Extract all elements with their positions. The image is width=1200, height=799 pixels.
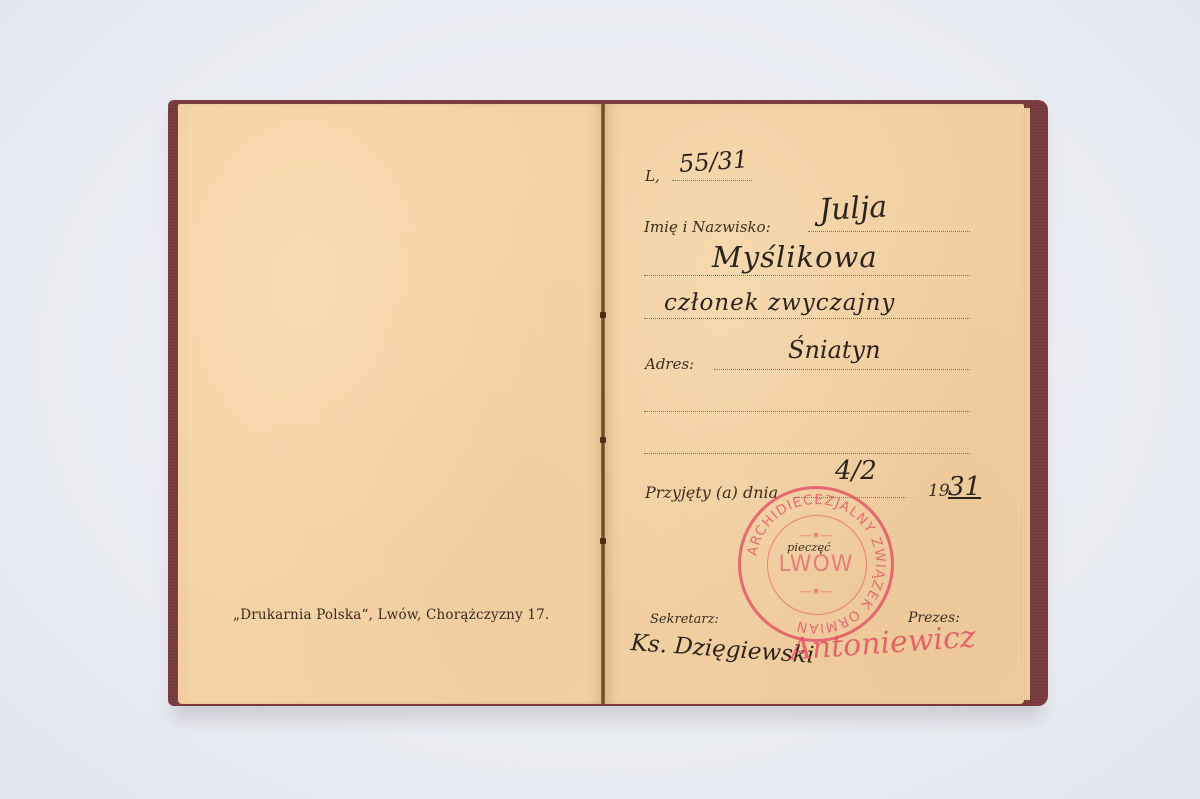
- year-prefix: 19: [928, 481, 950, 501]
- official-stamp: ARCHIDIECEZJALNY ZWIĄZEK ORMIAN —⁕— LWÓW…: [738, 486, 894, 642]
- name-line-3: członek zwyczajny: [664, 290, 895, 316]
- stitch-mark: [600, 437, 606, 443]
- book-gutter: [601, 104, 605, 704]
- page-block-edge: [1022, 108, 1030, 700]
- address-dotted-line-3: [644, 453, 970, 454]
- name-dotted-line-2: [644, 275, 970, 276]
- address-dotted-line-1: [714, 369, 970, 370]
- year-suffix: 31: [948, 472, 981, 502]
- stitch-mark: [600, 538, 606, 544]
- number-value: 55/31: [678, 145, 749, 178]
- stamp-ornament-bottom-icon: —⁕—: [741, 585, 891, 598]
- number-dotted-line: [672, 180, 752, 181]
- name-line-1: Julja: [818, 189, 888, 228]
- stamp-center-text: LWÓW: [741, 552, 891, 577]
- address-dotted-line-2: [644, 411, 970, 412]
- name-dotted-line-1: [808, 231, 970, 232]
- secretary-label: Sekretarz:: [650, 612, 719, 627]
- seal-placeholder-label: pieczęć: [787, 540, 831, 554]
- stitch-mark: [600, 312, 606, 318]
- number-label: L,: [645, 167, 660, 185]
- name-line-2: Myślikowa: [712, 240, 878, 274]
- name-dotted-line-3: [644, 318, 970, 319]
- printer-imprint: „Drukarnia Polska“, Lwów, Chorążczyzny 1…: [233, 607, 549, 623]
- admitted-date: 4/2: [835, 456, 877, 486]
- address-label: Adres:: [645, 355, 694, 373]
- address-value: Śniatyn: [788, 336, 881, 364]
- name-label: Imię i Nazwisko:: [644, 218, 771, 236]
